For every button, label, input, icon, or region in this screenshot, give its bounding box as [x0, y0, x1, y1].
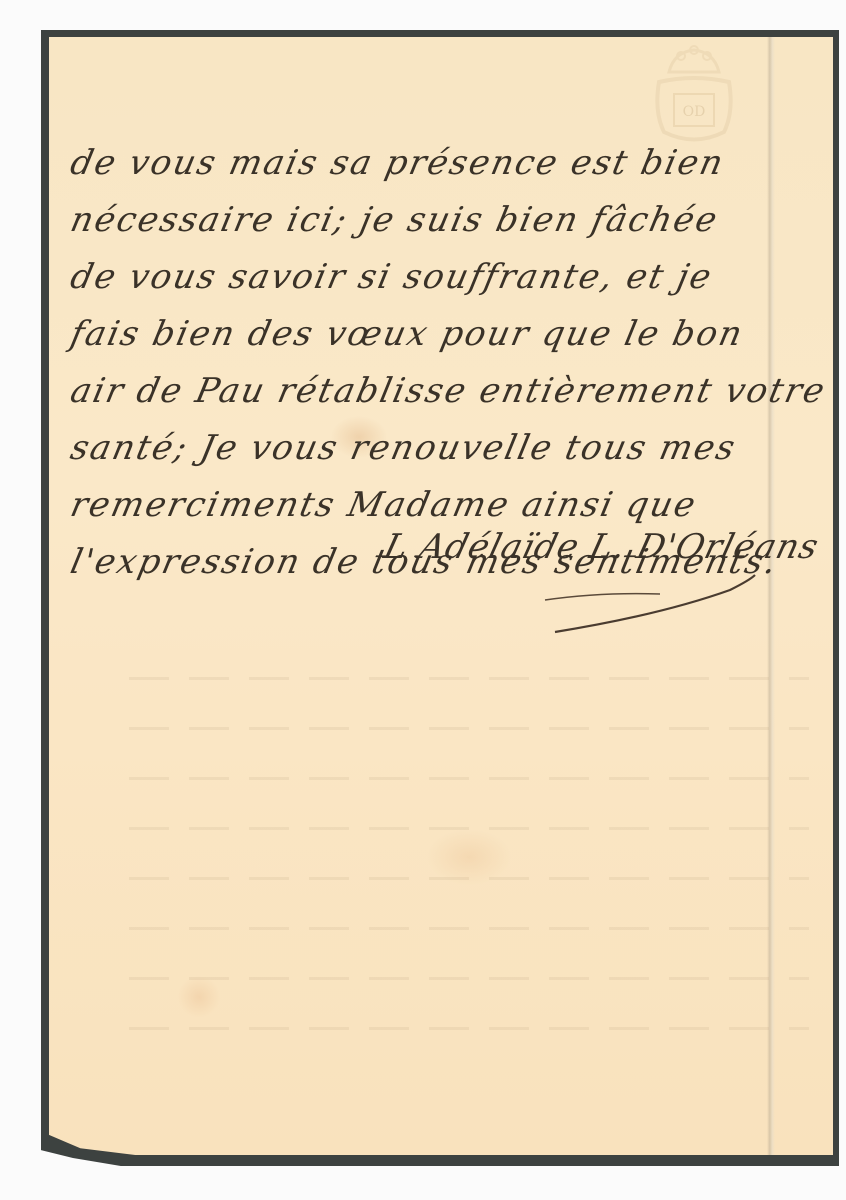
bleed-through-text — [129, 727, 809, 730]
letter-line: santé; Je vous renouvelle tous mes — [65, 420, 787, 477]
bleed-through-text — [129, 777, 809, 780]
bleed-through-text — [129, 977, 809, 980]
bleed-through-text — [129, 877, 809, 880]
letter-body: de vous mais sa présence est bien nécess… — [65, 135, 775, 591]
bleed-through-text — [129, 677, 809, 680]
bleed-through-text — [129, 927, 809, 930]
bleed-through-text — [129, 1027, 809, 1030]
signature-flourish-icon — [540, 570, 760, 640]
letter-line: remerciments Madame ainsi que — [65, 477, 787, 534]
letter-line: air de Pau rétablisse entièrement votre — [65, 363, 787, 420]
bleed-through-text — [129, 827, 809, 830]
letter-line: de vous savoir si souffrante, et je — [65, 249, 787, 306]
signature: L Adélaïde L. D'Orléans — [380, 527, 823, 567]
letter-line: de vous mais sa présence est bien — [65, 135, 787, 192]
letter-line: nécessaire ici; je suis bien fâchée — [65, 192, 787, 249]
letter-line: fais bien des vœux pour que le bon — [65, 306, 787, 363]
svg-text:OD: OD — [683, 104, 706, 120]
